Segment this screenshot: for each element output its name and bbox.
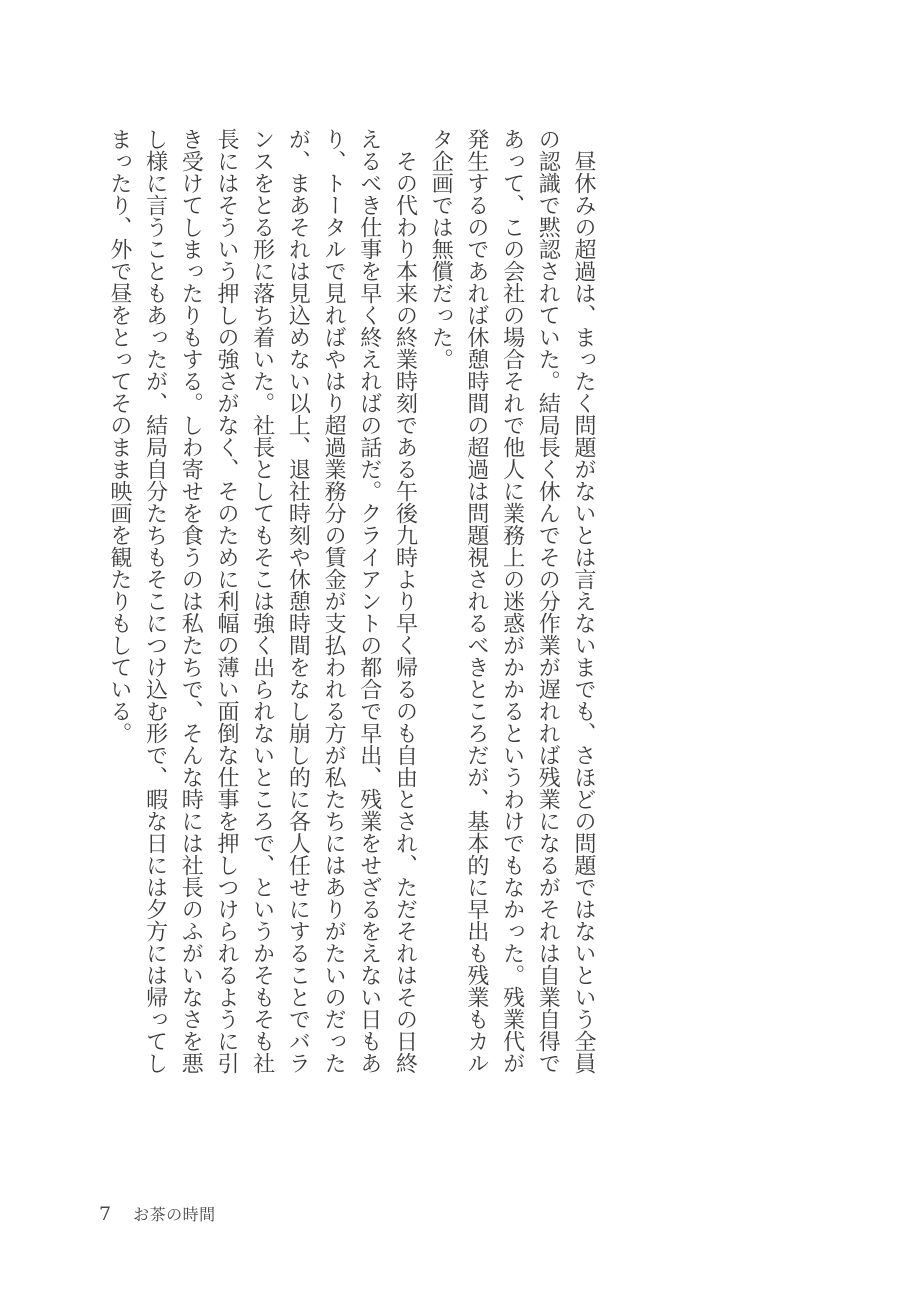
text-column: 発生するのであれば休憩時間の超過は問題視されるべきところだが、基本的に早出も残業… xyxy=(458,128,494,1074)
page-footer: 7 お茶の時間 xyxy=(99,1202,216,1225)
page-number: 7 xyxy=(99,1203,111,1225)
running-title: お茶の時間 xyxy=(133,1202,216,1225)
text-column: が、まあそれは見込めない以上、退社時刻や休憩時間をなし崩し的に各人任せにすること… xyxy=(280,128,316,1074)
text-body: 昼休みの超過は、まったく問題がないとは言えないまでも、さほどの問題ではないという… xyxy=(101,128,601,1074)
book-page: 昼休みの超過は、まったく問題がないとは言えないまでも、さほどの問題ではないという… xyxy=(0,0,900,1293)
text-column: り、トータルで見ればやはり超過業務分の賃金が支払われる方が私たちにはありがたいの… xyxy=(315,128,351,1074)
text-column: タ企画では無償だった。 xyxy=(422,128,458,1074)
text-column: 長にはそういう押しの強さがなく、そのために利幅の薄い面倒な仕事を押しつけられるよ… xyxy=(208,128,244,1074)
text-column: まったり、外で昼をとってそのまま映画を観たりもしている。 xyxy=(101,128,137,1074)
text-column: えるべき仕事を早く終えればの話だ。クライアントの都合で早出、残業をせざるをえない… xyxy=(351,128,387,1074)
text-column: ンスをとる形に落ち着いた。社長としてもそこは強く出られないところで、というかそも… xyxy=(244,128,280,1074)
text-column: し様に言うこともあったが、結局自分たちもそこにつけ込む形で、暇な日には夕方には帰… xyxy=(137,128,173,1074)
text-column: き受けてしまったりもする。しわ寄せを食うのは私たちで、そんな時には社長のふがいな… xyxy=(173,128,209,1074)
text-column: の認識で黙認されていた。結局長く休んでその分作業が遅れれば残業になるがそれは自業… xyxy=(530,128,566,1074)
text-column: 昼休みの超過は、まったく問題がないとは言えないまでも、さほどの問題ではないという… xyxy=(565,128,601,1074)
paragraph: 昼休みの超過は、まったく問題がないとは言えないまでも、さほどの問題ではないという… xyxy=(422,128,601,1074)
text-column: その代わり本来の終業時刻である午後九時より早く帰るのも自由とされ、ただそれはその… xyxy=(387,128,423,1074)
text-column: あって、この会社の場合それで他人に業務上の迷惑がかかるというわけでもなかった。残… xyxy=(494,128,530,1074)
paragraph: その代わり本来の終業時刻である午後九時より早く帰るのも自由とされ、ただそれはその… xyxy=(101,128,422,1074)
